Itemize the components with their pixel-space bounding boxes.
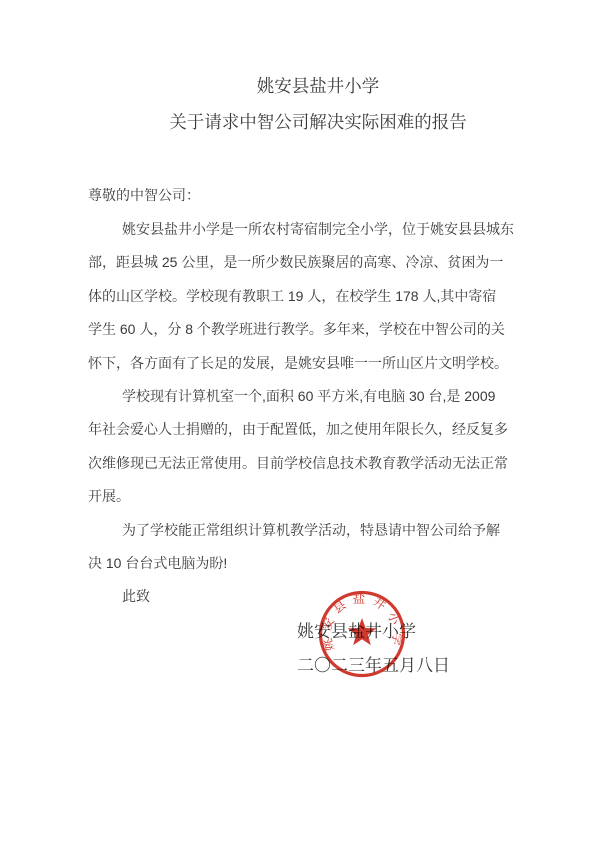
salutation: 尊敬的中智公司：	[88, 185, 512, 205]
body-line: 姚安县盐井小学是一所农村寄宿制完全小学，位于姚安县县城东	[88, 213, 518, 246]
body-line: 次维修现已无法正常使用。目前学校信息技术教育教学活动无法正常	[88, 447, 518, 480]
signature-date: 二〇二三年五月八日	[297, 653, 450, 679]
document-subtitle: 关于请求中智公司解决实际困难的报告	[88, 109, 548, 135]
body-line: 决 10 台台式电脑为盼!	[88, 547, 518, 580]
body-line: 部，距县城 25 公里，是一所少数民族聚居的高寒、冷凉、贫困为一	[88, 246, 518, 279]
body-line: 学校现有计算机室一个,面积 60 平方米,有电脑 30 台,是 2009	[88, 380, 518, 413]
body-line: 怀下，各方面有了长足的发展，是姚安县唯一一所山区片文明学校。	[88, 347, 518, 380]
body-line: 体的山区学校。学校现有教职工 19 人，在校学生 178 人,其中寄宿	[88, 280, 518, 313]
document-title: 姚安县盐井小学	[88, 0, 548, 99]
body-line: 开展。	[88, 480, 518, 513]
body-line: 学生 60 人，分 8 个教学班进行教学。多年来，学校在中智公司的关	[88, 313, 518, 346]
body-line: 年社会爱心人士捐赠的，由于配置低，加之使用年限长久，经反复多	[88, 413, 518, 446]
report-document-page: 姚安县盐井小学 关于请求中智公司解决实际困难的报告 尊敬的中智公司： 姚安县盐井…	[0, 0, 600, 848]
body-paragraphs: 姚安县盐井小学是一所农村寄宿制完全小学，位于姚安县县城东部，距县城 25 公里，…	[88, 213, 518, 580]
signature-school-name: 姚安县盐井小学	[297, 619, 416, 645]
body-line: 为了学校能正常组织计算机教学活动，特恳请中智公司给予解	[88, 514, 518, 547]
closing-phrase: 此致	[88, 580, 512, 613]
